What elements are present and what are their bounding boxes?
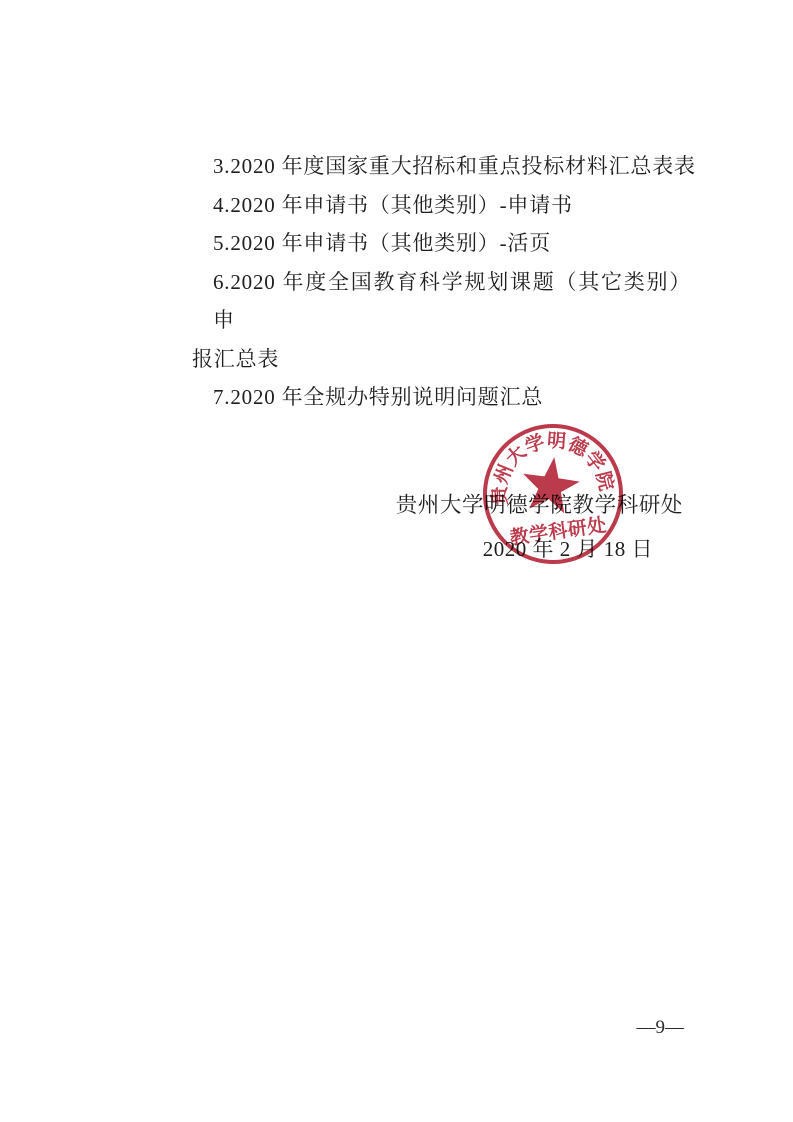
list-item-5: 5.2020 年申请书（其他类别）-活页 <box>192 224 691 263</box>
star-icon <box>515 452 585 522</box>
page-number: —9— <box>637 1017 685 1039</box>
official-seal: 贵 州 大 学 明 德 学 院 教学科研处 <box>474 415 632 573</box>
body-text: 3.2020 年度国家重大招标和重点投标材料汇总表表 4.2020 年申请书（其… <box>192 147 691 417</box>
list-item-7: 7.2020 年全规办特别说明问题汇总 <box>192 378 691 417</box>
list-item-6-line-2: 报汇总表 <box>192 340 691 379</box>
document-page: 3.2020 年度国家重大招标和重点投标材料汇总表表 4.2020 年申请书（其… <box>0 0 793 1122</box>
list-item-4: 4.2020 年申请书（其他类别）-申请书 <box>192 186 691 225</box>
list-item-6-line-1: 6.2020 年度全国教育科学规划课题（其它类别）申 <box>192 263 691 340</box>
list-item-3: 3.2020 年度国家重大招标和重点投标材料汇总表表 <box>192 147 691 186</box>
